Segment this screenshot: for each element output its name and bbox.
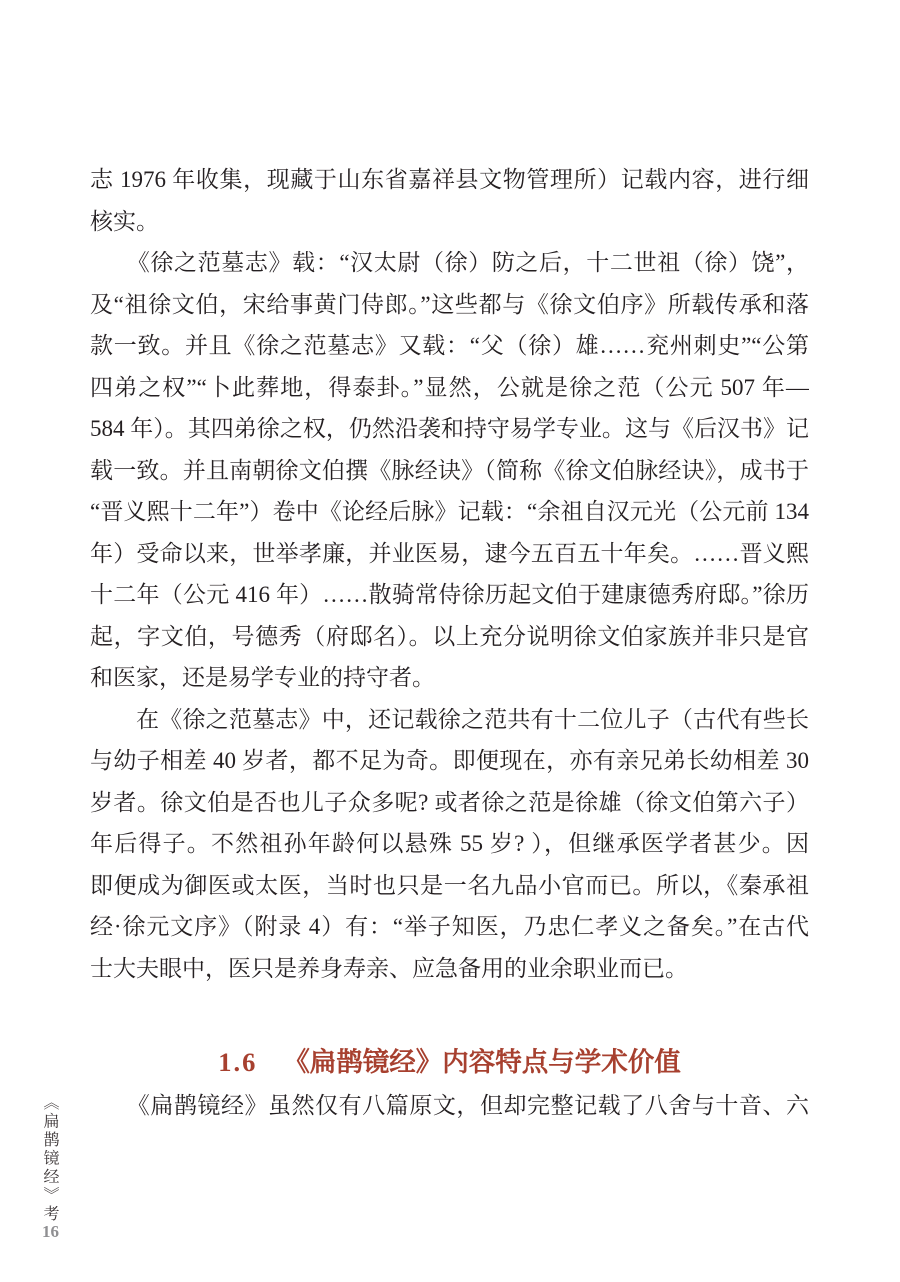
page-number: 16 — [42, 1222, 59, 1242]
body-text-line: 士大夫眼中，医只是养身寿亲、应急备用的业余职业而已。 — [90, 948, 809, 990]
body-text-line: 核实。 — [90, 201, 809, 243]
body-text-line: 起，字文伯，号德秀（府邸名）。以上充分说明徐文伯家族并非只是官宦 — [90, 616, 809, 658]
body-text-line: 经·徐元文序》（附录 4）有：“举子知医，乃忠仁孝义之备矣。”在古代 — [90, 906, 809, 948]
body-text-line: 在《徐之范墓志》中，还记载徐之范共有十二位儿子（古代有些长子 — [90, 699, 809, 741]
section-number: 1.6 — [218, 1047, 257, 1077]
body-text-line: 载一致。并且南朝徐文伯撰《脉经诀》（简称《徐文伯脉经诀》，成书于 — [90, 450, 809, 492]
body-text-line: 年后得子。不然祖孙年龄何以悬殊 55 岁? ），但继承医学者甚少。因 — [90, 823, 809, 865]
body-text-line: 及“祖徐文伯，宋给事黄门侍郎。”这些都与《徐文伯序》所载传承和落 — [90, 284, 809, 326]
body-text-line: 年）受命以来，世举孝廉，并业医易，逮今五百五十年矣。……晋义熙 — [90, 533, 809, 575]
body-text-line: “晋义熙十二年”）卷中《论经后脉》记载：“余祖自汉元光（公元前 134 — [90, 491, 809, 533]
book-page: 志 1976 年收集，现藏于山东省嘉祥县文物管理所）记载内容，进行细致核实。《徐… — [0, 0, 900, 1282]
body-text-line: 四弟之权”“卜此葬地，得泰卦。”显然，公就是徐之范（公元 507 年— — [90, 367, 809, 409]
section-heading: 1.6《扁鹊镜经》内容特点与学术价值 — [90, 1041, 809, 1083]
body-text-line: 即便成为御医或太医，当时也只是一名九品小官而已。所以，《秦承祖脉 — [90, 865, 809, 907]
body-text-block: 志 1976 年收集，现藏于山东省嘉祥县文物管理所）记载内容，进行细致核实。《徐… — [90, 159, 809, 989]
body-text-line: 与幼子相差 40 岁者，都不足为奇。即便现在，亦有亲兄弟长幼相差 30 — [90, 740, 809, 782]
body-text-line: 十二年（公元 416 年）……散骑常侍徐历起文伯于建康德秀府邸。”徐历 — [90, 574, 809, 616]
body-text-line: 和医家，还是易学专业的持守者。 — [90, 657, 809, 699]
section-title: 《扁鹊镜经》内容特点与学术价值 — [283, 1047, 681, 1077]
body-text-line: 《徐之范墓志》载：“汉太尉（徐）防之后，十二世祖（徐）饶”，以 — [90, 242, 809, 284]
body-text-after-heading: 《扁鹊镜经》虽然仅有八篇原文，但却完整记载了八舍与十音、六十 — [90, 1085, 809, 1127]
sidebar-vertical-book-title: 《扁鹊镜经》考 — [41, 1094, 58, 1224]
body-text-line: 款一致。并且《徐之范墓志》又载：“父（徐）雄……兖州刺史”“公第 — [90, 325, 809, 367]
body-text-line: 584 年）。其四弟徐之权，仍然沿袭和持守易学专业。这与《后汉书》记 — [90, 408, 809, 450]
body-text-line: 《扁鹊镜经》虽然仅有八篇原文，但却完整记载了八舍与十音、六十 — [90, 1085, 809, 1127]
body-text-line: 岁者。徐文伯是否也儿子众多呢? 或者徐之范是徐雄（徐文伯第六子）中 — [90, 782, 809, 824]
body-text-line: 志 1976 年收集，现藏于山东省嘉祥县文物管理所）记载内容，进行细致 — [90, 159, 809, 201]
